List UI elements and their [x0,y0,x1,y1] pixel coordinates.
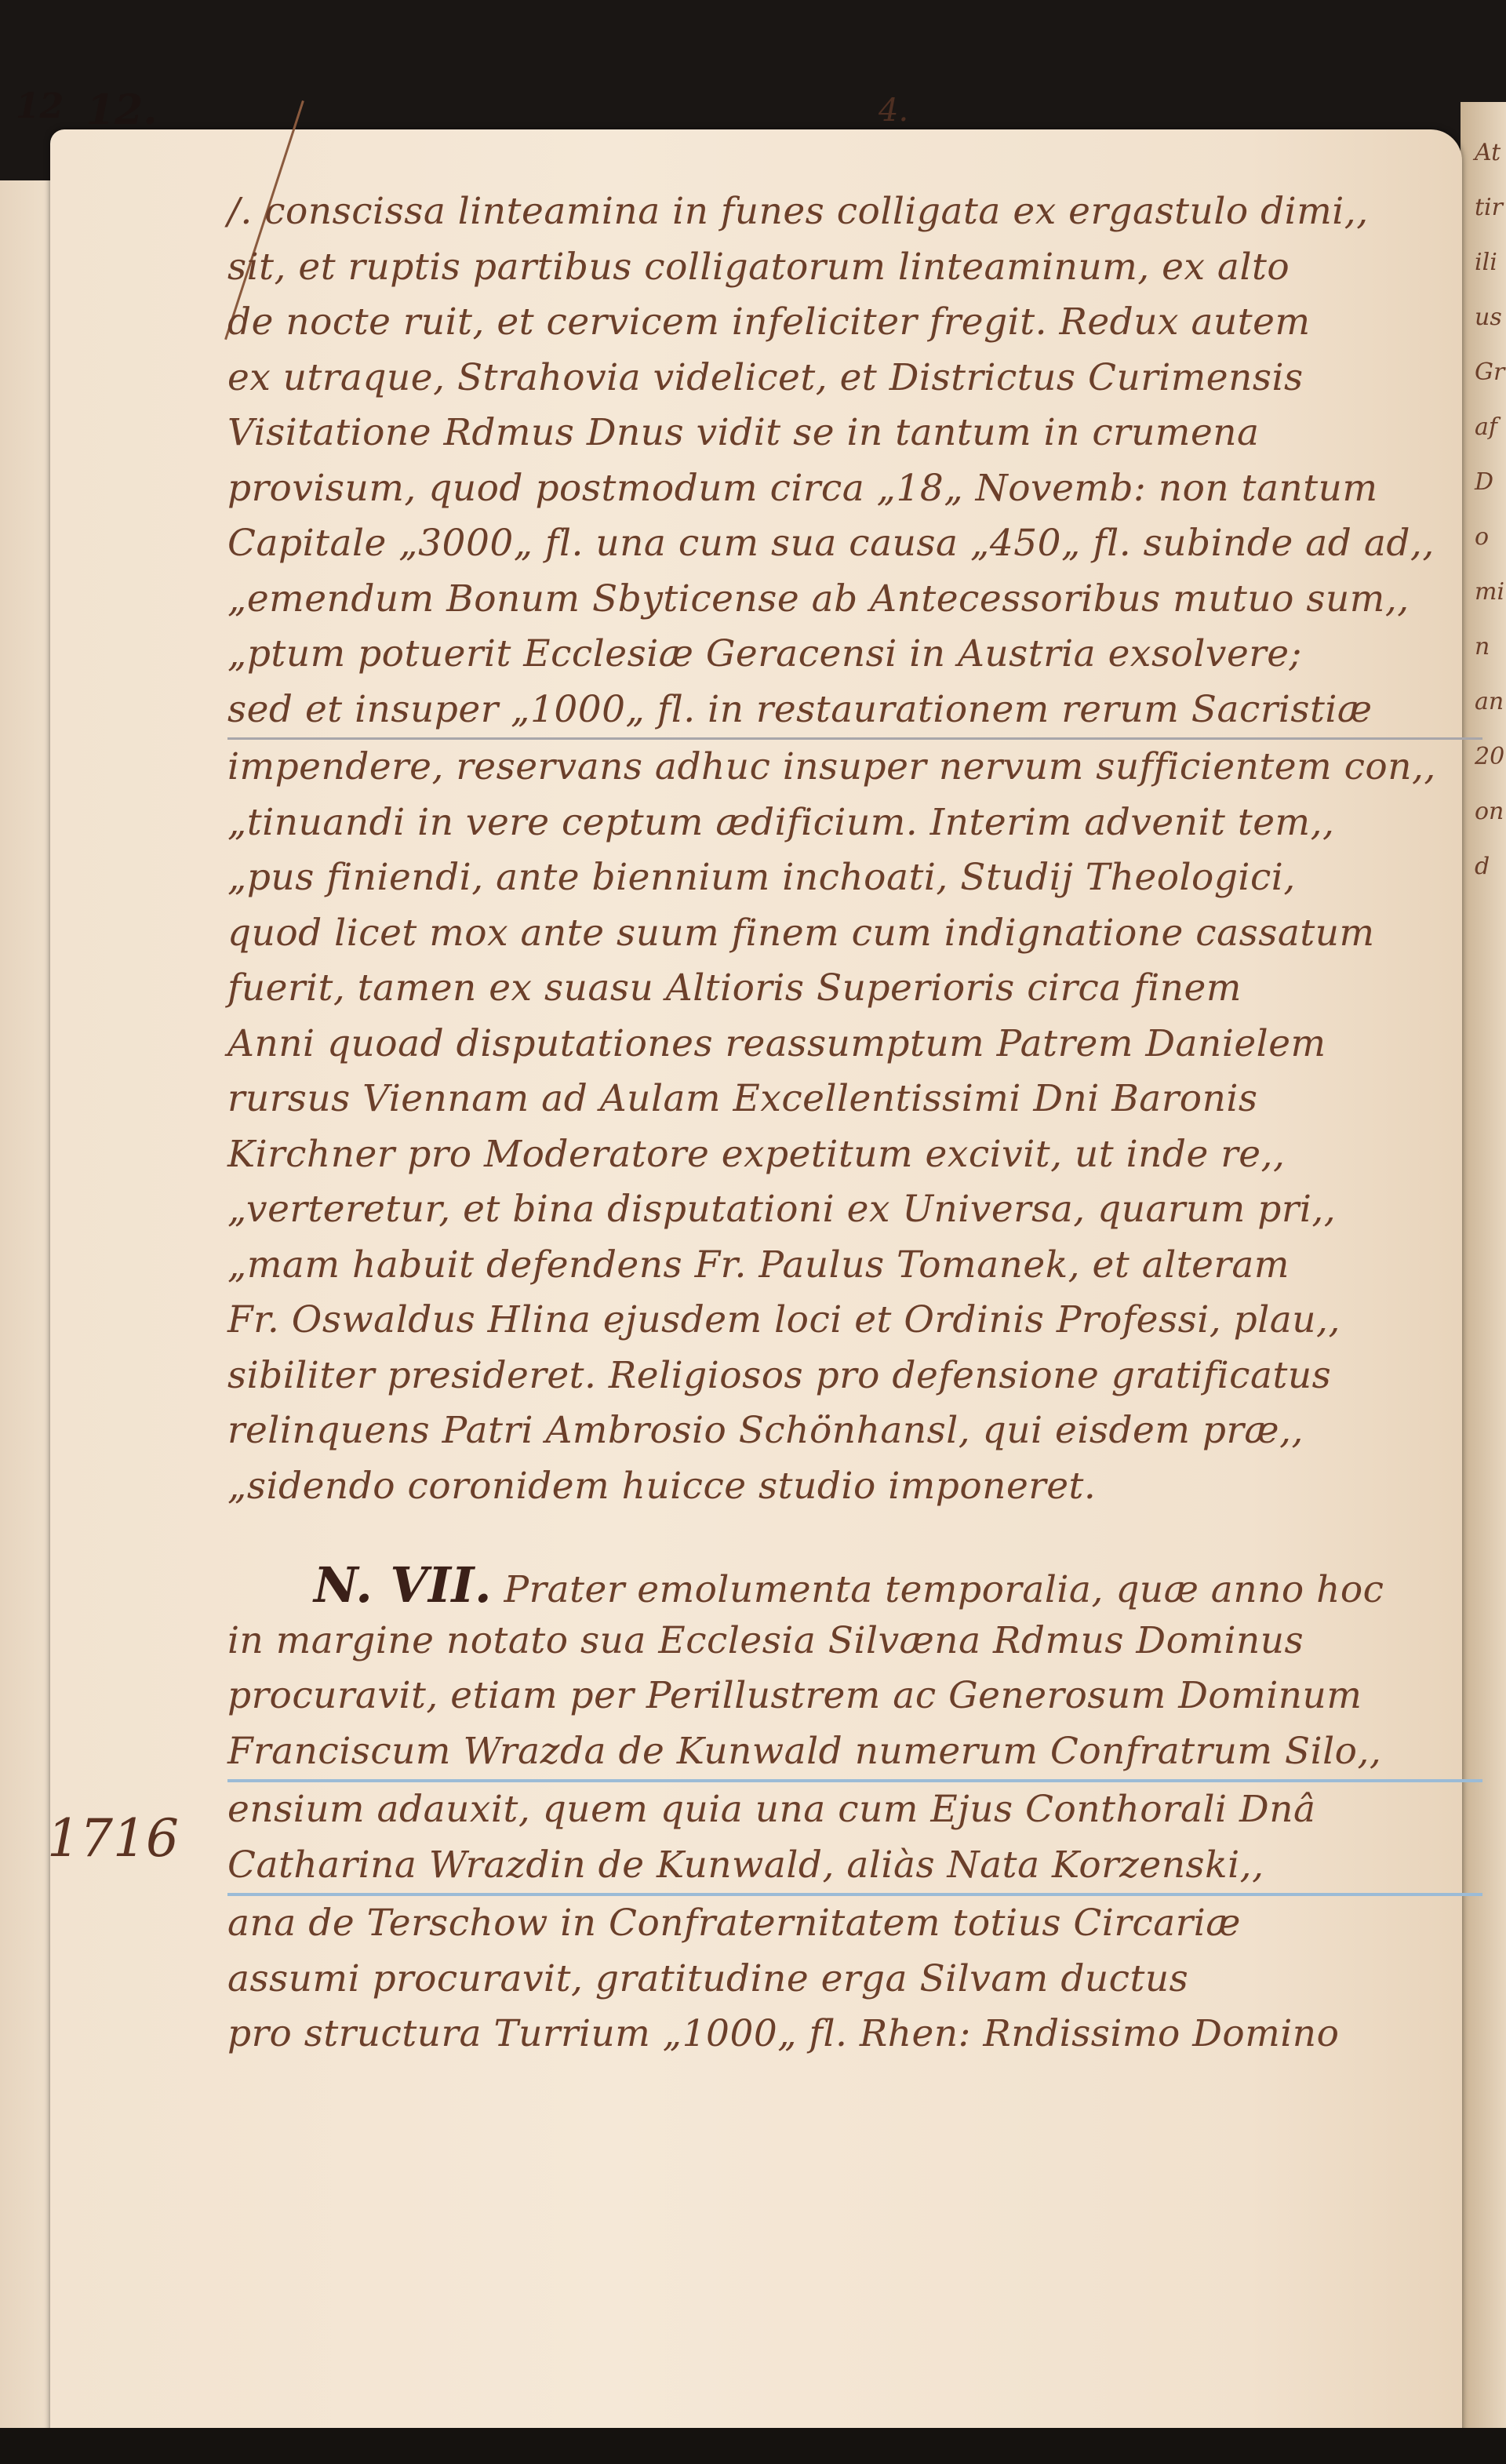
page-number: 4. [878,93,908,129]
text-line-underlined: Franciscum Wrazda de Kunwald numerum Con… [227,1724,1482,1783]
section-number: N. VII. [314,1556,492,1614]
text-line: provisum, quod postmodum circa „18„ Nove… [227,461,1482,517]
text-line: „sidendo coronidem huicce studio imponer… [227,1459,1482,1515]
text-line: sit, et ruptis partibus colligatorum lin… [227,240,1482,296]
text-line: „emendum Bonum Sbyticense ab Antecessori… [227,572,1482,628]
text-line: quod licet mox ante suum finem cum indig… [227,906,1482,962]
text-line: /. conscissa linteamina in funes colliga… [227,184,1482,240]
text-line: fuerit, tamen ex suasu Altioris Superior… [227,961,1482,1017]
text-line: rursus Viennam ad Aulam Excellentissimi … [227,1072,1482,1127]
text-line: de nocte ruit, et cervicem infeliciter f… [227,295,1482,351]
text-line: procuravit, etiam per Perillustrem ac Ge… [227,1669,1482,1724]
text-line: „pus finiendi, ante biennium inchoati, S… [227,850,1482,906]
left-page-edge [0,180,56,2440]
text-line: Fr. Oswaldus Hlina ejusdem loci et Ordin… [227,1293,1482,1348]
text-line: in margine notato sua Ecclesia Silvæna R… [227,1614,1482,1669]
section-heading-line: N. VII. Prater emolumenta temporalia, qu… [227,1558,1482,1614]
text-line-underlined: sed et insuper „1000„ fl. in restauratio… [227,682,1482,741]
text-line: pro structura Turrium „1000„ fl. Rhen: R… [227,2007,1482,2062]
text-line: relinquens Patri Ambrosio Schönhansl, qu… [227,1403,1482,1459]
text-line: „tinuandi in vere ceptum ædificium. Inte… [227,795,1482,851]
text-line-underlined: Catharina Wrazdin de Kunwald, aliàs Nata… [227,1838,1482,1897]
folio-number-left: 12 [16,86,64,126]
text-line: ex utraque, Strahovia videlicet, et Dist… [227,351,1482,406]
text-line: sibiliter presideret. Religiosos pro def… [227,1348,1482,1404]
text-line: impendere, reservans adhuc insuper nervu… [227,740,1482,795]
text-line: Visitatione Rdmus Dnus vidit se in tantu… [227,406,1482,461]
text-line: Prater emolumenta temporalia, quæ anno h… [504,1568,1384,1611]
manuscript-text: /. conscissa linteamina in funes colliga… [227,184,1482,2062]
text-line: „ptum potuerit Ecclesiæ Geracensi in Aus… [227,627,1482,682]
text-line: „mam habuit defendens Fr. Paulus Tomanek… [227,1238,1482,1294]
book-binding-bottom [0,2428,1506,2464]
text-line: ensium adauxit, quem quia una cum Ejus C… [227,1782,1482,1838]
margin-year: 1716 [47,1808,179,1869]
text-line: Anni quoad disputationes reassumptum Pat… [227,1017,1482,1072]
text-line: „verteretur, et bina disputationi ex Uni… [227,1182,1482,1238]
text-line: Capitale „3000„ fl. una cum sua causa „4… [227,516,1482,572]
text-line: Kirchner pro Moderatore expetitum excivi… [227,1127,1482,1183]
folio-number: 12. [86,86,157,134]
text-line: ana de Terschow in Confraternitatem toti… [227,1896,1482,1952]
text-line: assumi procuravit, gratitudine erga Silv… [227,1952,1482,2007]
